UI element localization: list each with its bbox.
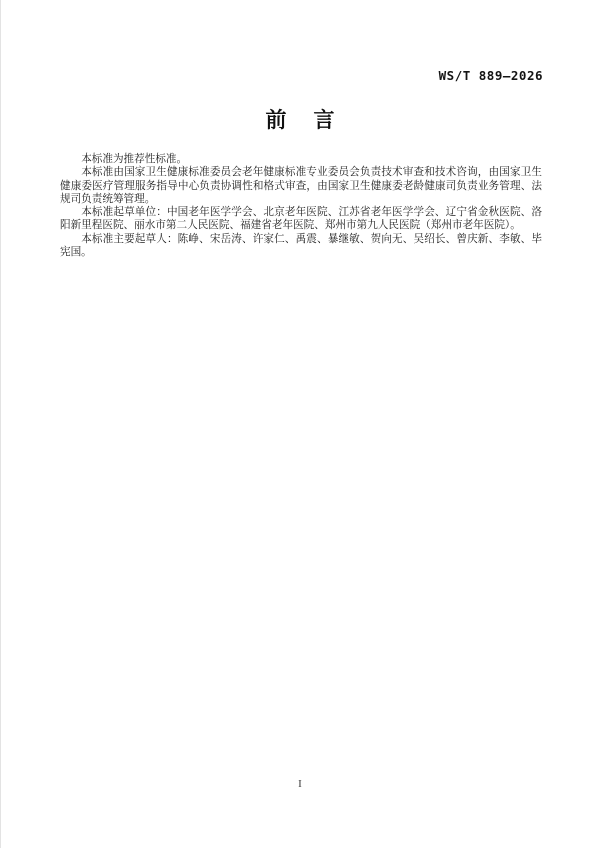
page-title: 前 言 <box>0 108 600 131</box>
foreword-paragraph-drafting-organizations: 本标准起草单位：中国老年医学学会、北京老年医院、江苏省老年医学学会、辽宁省金秋医… <box>60 206 542 233</box>
standard-code: WS/T 889—2026 <box>439 68 543 83</box>
foreword-paragraph-recommendation: 本标准为推荐性标准。 <box>60 153 542 166</box>
page-number: I <box>0 778 600 790</box>
foreword-body: 本标准为推荐性标准。 本标准由国家卫生健康标准委员会老年健康标准专业委员会负责技… <box>60 153 542 259</box>
page-title-char-right: 言 <box>314 108 335 131</box>
foreword-paragraph-management: 本标准由国家卫生健康标准委员会老年健康标准专业委员会负责技术审查和技术咨询，由国… <box>60 166 542 206</box>
foreword-paragraph-main-drafters: 本标准主要起草人：陈峥、宋岳涛、许家仁、禹震、暴继敏、贺向无、吴绍长、曾庆新、李… <box>60 233 542 260</box>
document-page: WS/T 889—2026 前 言 本标准为推荐性标准。 本标准由国家卫生健康标… <box>0 0 600 848</box>
page-title-char-left: 前 <box>266 108 287 131</box>
